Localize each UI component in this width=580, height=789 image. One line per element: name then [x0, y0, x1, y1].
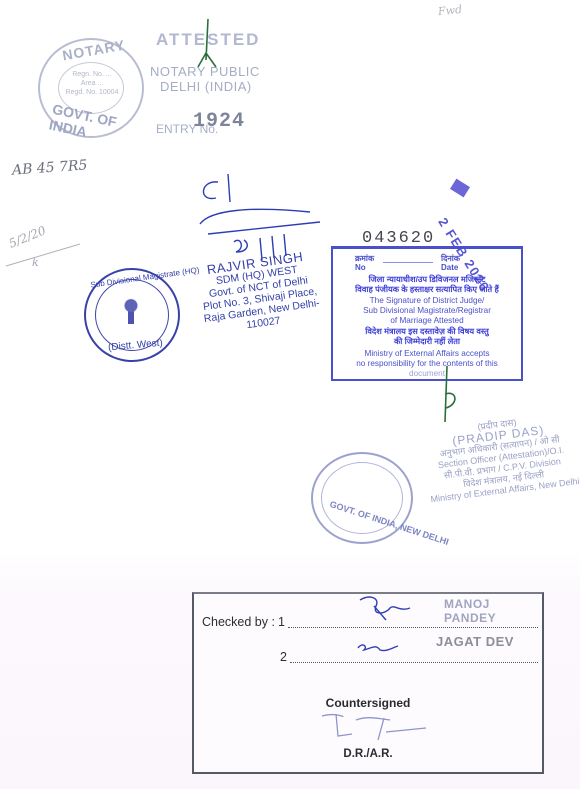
handnote-reference: AB 45 7R5: [12, 157, 88, 178]
mea-no-label: क्रमांक No: [355, 254, 375, 272]
checked-by-label: Checked by :: [202, 615, 275, 629]
notary-location: DELHI (INDIA): [160, 79, 252, 94]
notary-seal-mid: Regn. No. ... Area ... Regd. No. 10004: [62, 70, 122, 97]
sdm-signature-icon: [190, 172, 330, 262]
checker-1-signature-icon: [356, 594, 416, 622]
mea-signature-icon: [435, 360, 465, 430]
dr-ar-label: D.R./A.R.: [194, 748, 542, 760]
mea-round-seal: GOVT. OF INDIA, NEW DELHI: [311, 452, 413, 544]
checker-1-line: [288, 627, 538, 628]
mea-attestation-stamp: क्रमांक No दिनांक Date जिला न्यायाधीश/उप…: [331, 246, 523, 381]
notary-signature-icon: [190, 15, 230, 75]
countersign-signature-icon: [316, 708, 436, 742]
sdm-seal: Sub Divisional Magistrate (HQ) (Distt. W…: [84, 268, 180, 362]
date-stamp-mark: [450, 179, 470, 198]
national-emblem-icon: [120, 296, 142, 328]
mea-date-label: दिनांक Date: [441, 254, 467, 272]
handnote-top-right: Fwd: [437, 3, 462, 18]
checked-by-box: Checked by : 1 MANOJ PANDEY 2 JAGAT DEV …: [192, 592, 544, 774]
notary-seal: NOTARY Regn. No. ... Area ... Regd. No. …: [38, 38, 144, 138]
checker-2-line: [290, 662, 538, 663]
checker-2-name: JAGAT DEV: [436, 634, 514, 649]
checker-2-number: 2: [280, 650, 287, 664]
entry-number: 1924: [193, 110, 245, 133]
checker-1-number: 1: [278, 615, 285, 629]
checker-1-name: MANOJ PANDEY: [444, 597, 542, 625]
notary-seal-top: NOTARY: [61, 37, 126, 64]
handnote-strike-icon: [4, 240, 84, 270]
checker-2-signature-icon: [354, 638, 402, 658]
